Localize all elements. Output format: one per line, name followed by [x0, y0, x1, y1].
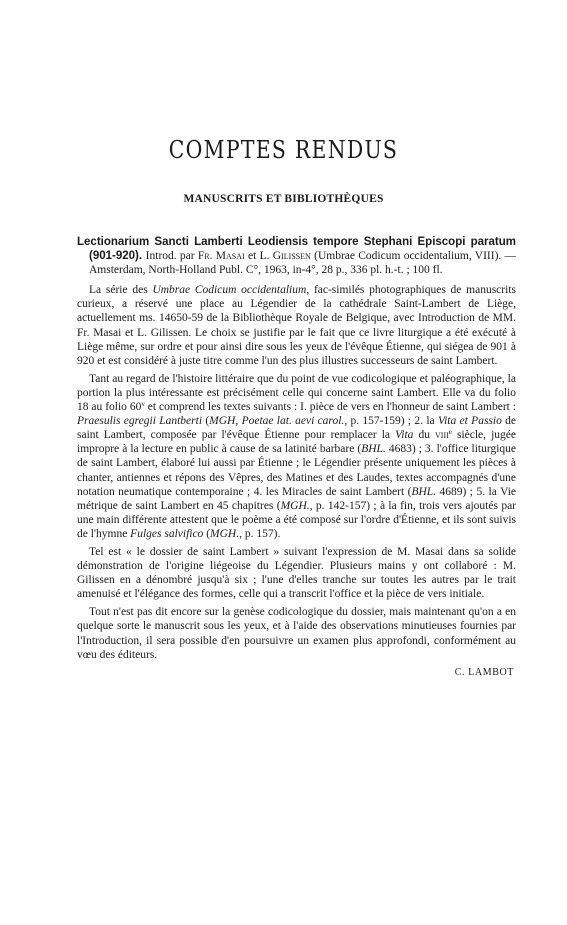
editor-gilissen: L. Gilissen — [260, 250, 311, 262]
entry-and: et — [248, 250, 256, 262]
author-signature: C. LAMBOT — [77, 666, 516, 680]
entry-intro: Introd. par — [146, 250, 195, 262]
editor-masai: Fr. Masai — [198, 250, 245, 262]
body-paragraph: La série des Umbrae Codicum occidentaliu… — [77, 283, 516, 368]
body-paragraph: Tel est « le dossier de saint Lambert » … — [77, 545, 516, 601]
body-paragraph: Tant au regard de l'histoire littéraire … — [77, 372, 516, 541]
section-title: MANUSCRITS ET BIBLIOTHÈQUES — [0, 193, 567, 205]
page-title: COMPTES RENDUS — [43, 136, 525, 164]
body-paragraph: Tout n'est pas dit encore sur la genèse … — [77, 605, 516, 661]
bibliographic-entry: Lectionarium Sancti Lamberti Leodiensis … — [77, 235, 516, 277]
review-body: La série des Umbrae Codicum occidentaliu… — [77, 283, 516, 661]
review-article: Lectionarium Sancti Lamberti Leodiensis … — [77, 235, 516, 680]
